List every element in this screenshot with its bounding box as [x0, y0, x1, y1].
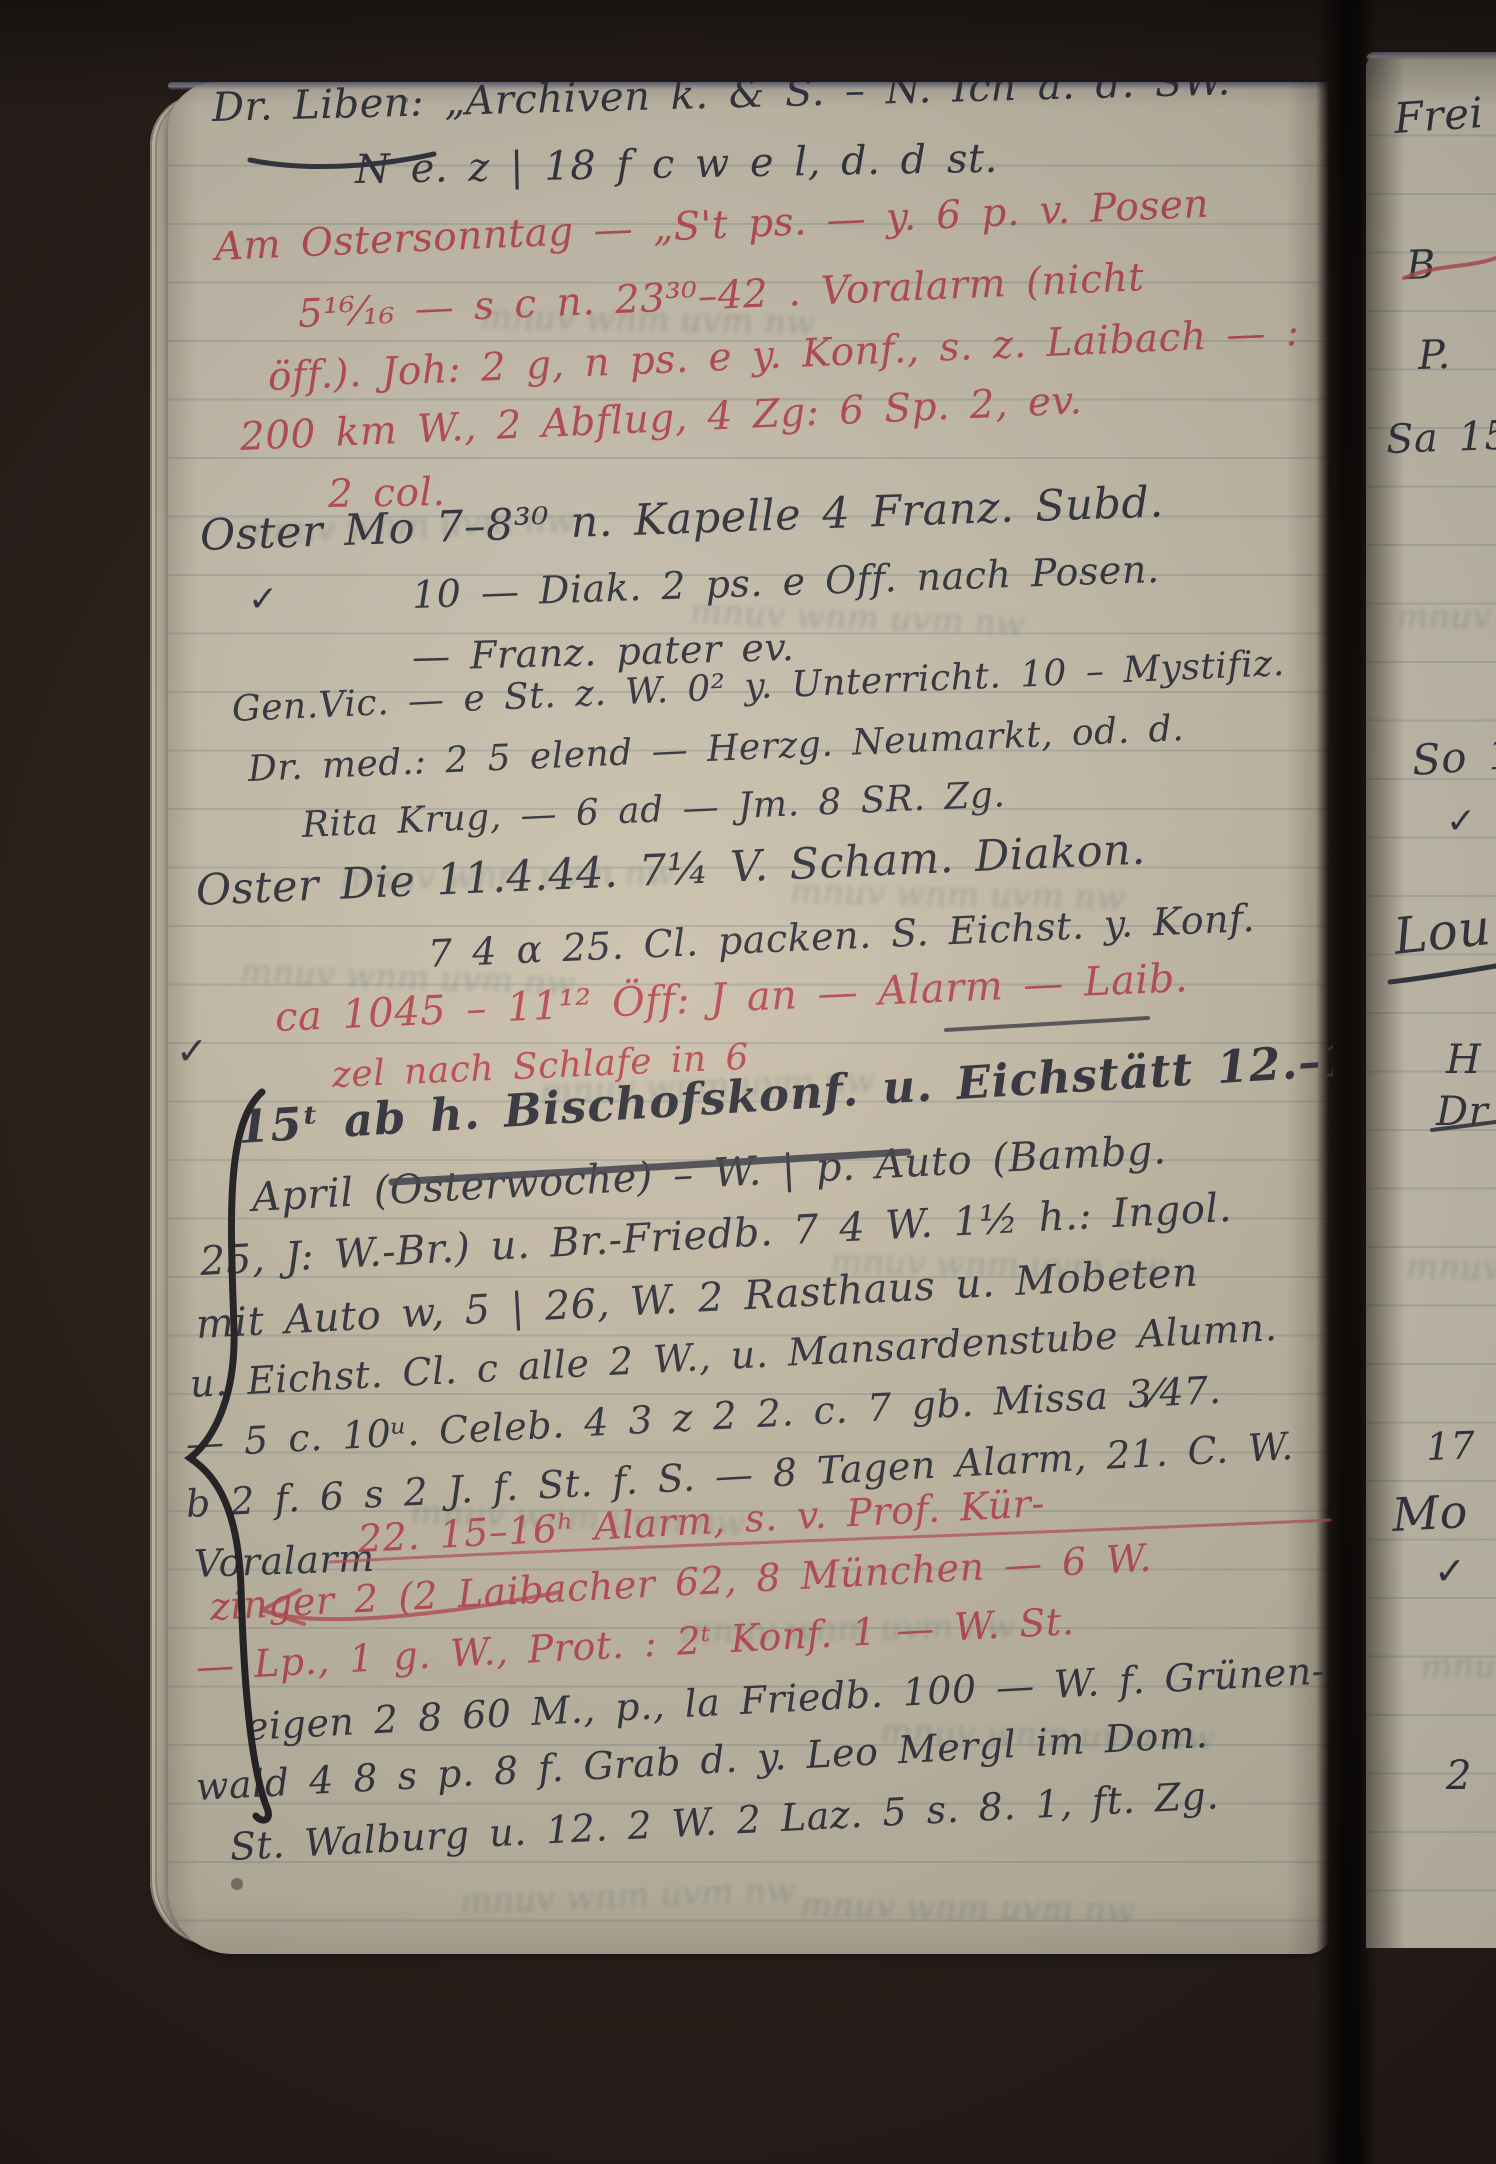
- bleedthrough-mark: mnuv wnm uvm nw: [900, 1969, 1236, 2009]
- notebook-right-page: [1366, 52, 1496, 1948]
- page-top-edge: [1366, 52, 1496, 60]
- page-edge-shadow: [168, 82, 1333, 1954]
- bleedthrough-mark: mnuv wnm uvm nw: [560, 1995, 896, 2035]
- gutter-shadow: [1366, 52, 1496, 1948]
- photographed-notebook-scene: mnuv wnm uvm nwmnuv wnm uvm nwmnuv wnm u…: [0, 0, 1496, 2164]
- notebook-left-page: [168, 82, 1333, 1954]
